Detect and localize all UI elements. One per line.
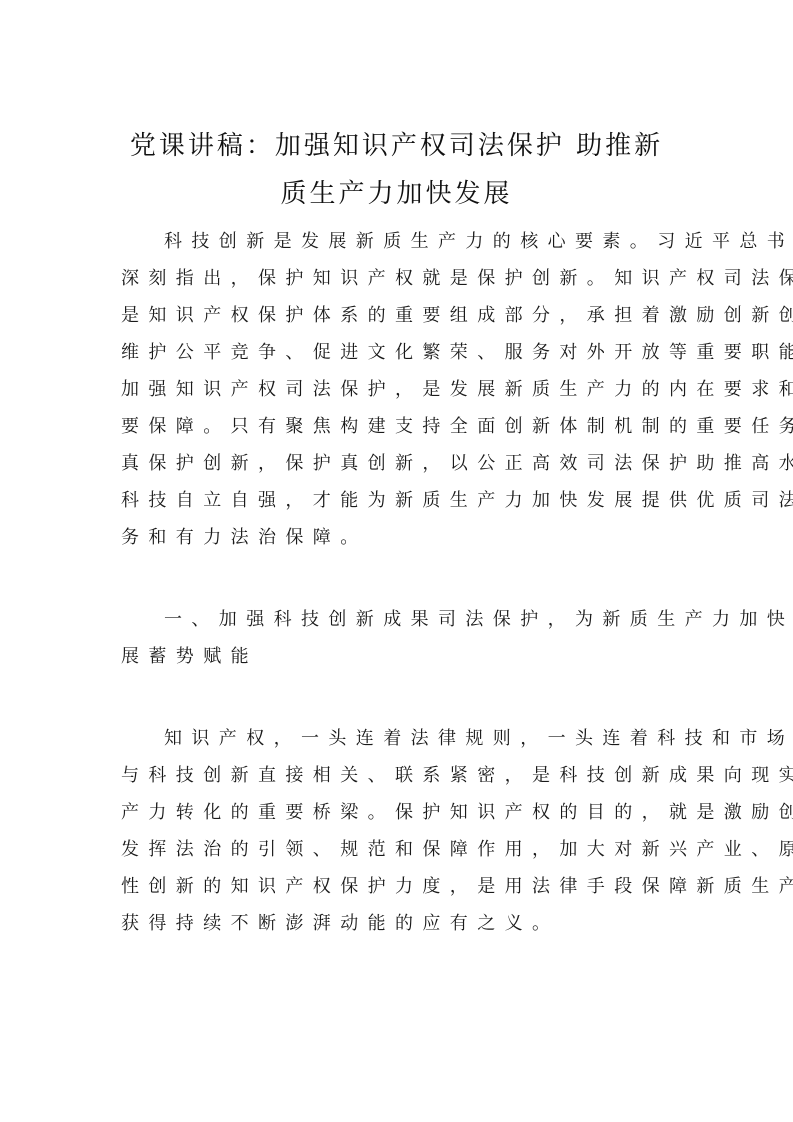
text-line: 科技自立自强，才能为新质生产力加快发展提供优质司法服 [121,482,677,519]
paragraph-spacer [121,556,677,601]
text-line: 知识产权，一头连着法律规则，一头连着科技和市场， [121,720,677,757]
section-1-paragraph: 知识产权，一头连着法律规则，一头连着科技和市场， 与科技创新直接相关、联系紧密，… [121,720,677,942]
text-line: 加强知识产权司法保护，是发展新质生产力的内在要求和重 [121,371,677,408]
text-line: 产力转化的重要桥梁。保护知识产权的目的，就是激励创新。 [121,794,677,831]
text-line: 维护公平竞争、促进文化繁荣、服务对外开放等重要职能。 [121,334,677,371]
text-line: 务和有力法治保障。 [121,519,677,556]
text-line: 深刻指出，保护知识产权就是保护创新。知识产权司法保护 [121,260,677,297]
title-line-1: 党课讲稿：加强知识产权司法保护 助推新 [100,122,693,170]
heading-line: 展蓄势赋能 [121,638,677,675]
heading-line: 一、加强科技创新成果司法保护，为新质生产力加快发 [121,601,677,638]
document-title: 党课讲稿：加强知识产权司法保护 助推新 质生产力加快发展 [100,122,693,218]
text-line: 获得持续不断澎湃动能的应有之义。 [121,905,677,942]
title-line-2: 质生产力加快发展 [100,170,693,218]
text-line: 真保护创新，保护真创新，以公正高效司法保护助推高水平 [121,445,677,482]
text-line: 与科技创新直接相关、联系紧密，是科技创新成果向现实生 [121,757,677,794]
text-line: 发挥法治的引领、规范和保障作用，加大对新兴产业、原创 [121,831,677,868]
document-page: 党课讲稿：加强知识产权司法保护 助推新 质生产力加快发展 科技创新是发展新质生产… [0,0,793,1122]
text-line: 性创新的知识产权保护力度，是用法律手段保障新质生产力 [121,868,677,905]
text-line: 科技创新是发展新质生产力的核心要素。习近平总书记 [121,223,677,260]
intro-paragraph: 科技创新是发展新质生产力的核心要素。习近平总书记 深刻指出，保护知识产权就是保护… [121,223,677,556]
text-line: 要保障。只有聚焦构建支持全面创新体制机制的重要任务， [121,408,677,445]
paragraph-spacer [121,675,677,720]
section-heading-1: 一、加强科技创新成果司法保护，为新质生产力加快发 展蓄势赋能 [121,601,677,675]
document-body: 科技创新是发展新质生产力的核心要素。习近平总书记 深刻指出，保护知识产权就是保护… [121,223,677,942]
text-line: 是知识产权保护体系的重要组成部分，承担着激励创新创造、 [121,297,677,334]
